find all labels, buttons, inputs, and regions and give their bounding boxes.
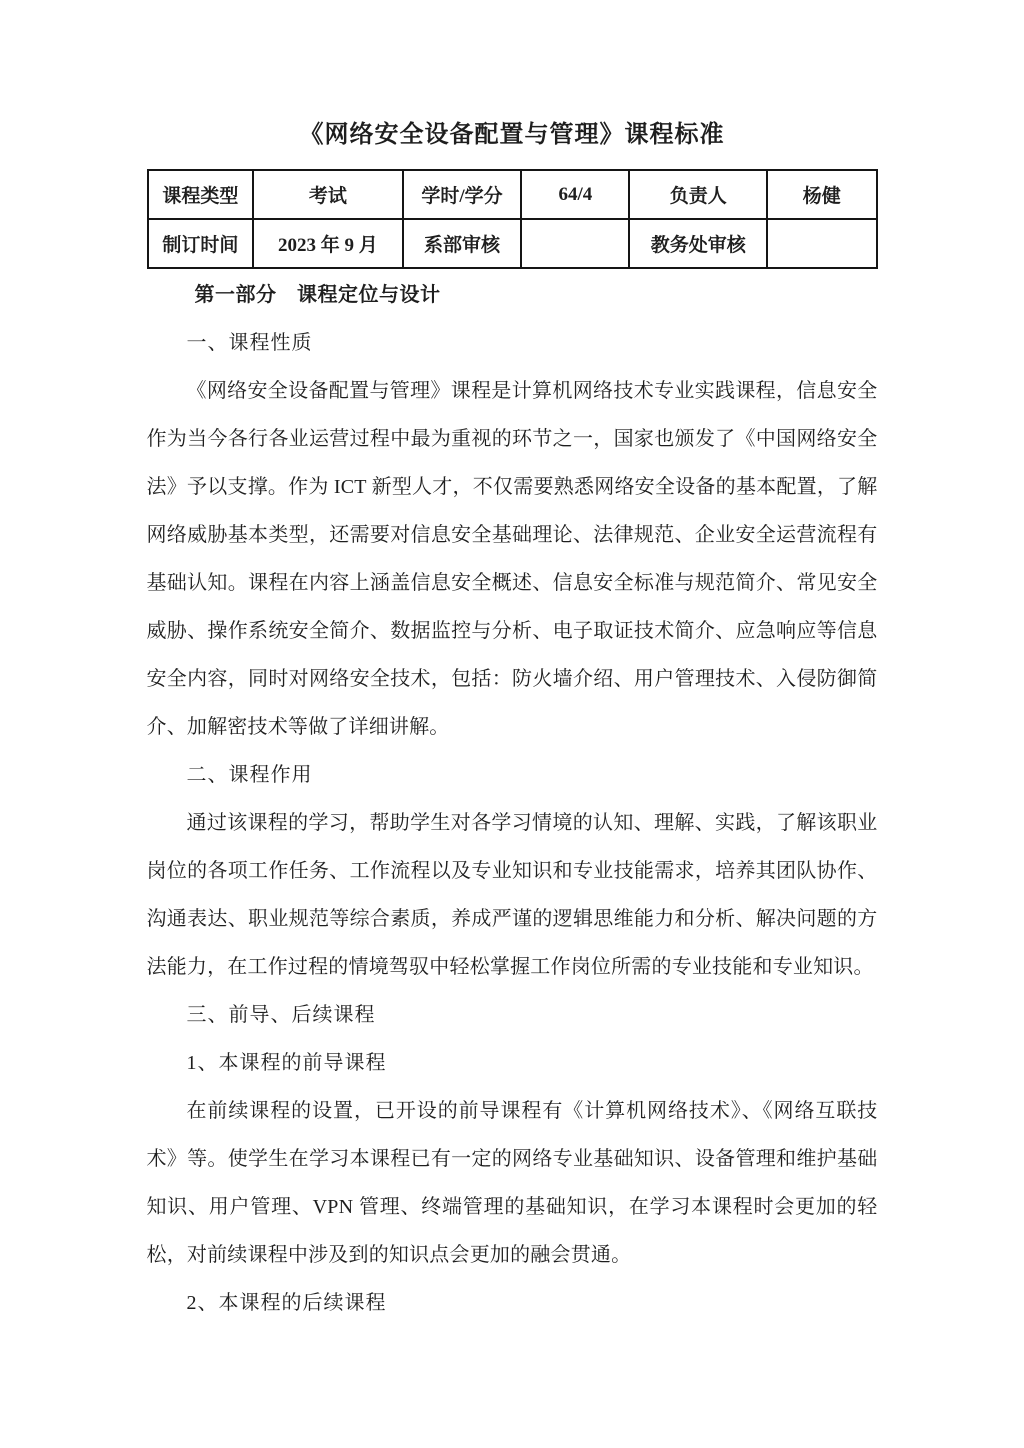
- info-table-row-1: 课程类型 考试 学时/学分 64/4 负责人 杨健: [148, 170, 877, 219]
- hours-credits-label: 学时/学分: [403, 170, 522, 219]
- document-title: 《网络安全设备配置与管理》课程标准: [147, 116, 878, 154]
- course-type-label: 课程类型: [148, 170, 254, 219]
- section3-heading: 三、前导、后续课程: [147, 991, 878, 1039]
- section3-sub1-paragraph: 在前续课程的设置，已开设的前导课程有《计算机网络技术》、《网络互联技术》等。使学…: [147, 1087, 878, 1279]
- leader-label: 负责人: [629, 170, 767, 219]
- section1-heading: 一、课程性质: [147, 319, 878, 367]
- section1-paragraph: 《网络安全设备配置与管理》课程是计算机网络技术专业实践课程，信息安全作为当今各行…: [147, 367, 878, 751]
- hours-credits-value: 64/4: [521, 170, 629, 219]
- document-content: 《网络安全设备配置与管理》课程标准 课程类型 考试 学时/学分 64/4 负责人…: [147, 0, 878, 1327]
- date-value: 2023 年 9 月: [253, 219, 402, 268]
- document-page: 《网络安全设备配置与管理》课程标准 课程类型 考试 学时/学分 64/4 负责人…: [0, 0, 1024, 1448]
- part1-heading: 第一部分 课程定位与设计: [147, 271, 878, 319]
- dept-review-value: [521, 219, 629, 268]
- document-body: 第一部分 课程定位与设计 一、课程性质 《网络安全设备配置与管理》课程是计算机网…: [147, 271, 878, 1327]
- academic-review-value: [767, 219, 876, 268]
- dept-review-label: 系部审核: [403, 219, 522, 268]
- section3-sub1-heading: 1、本课程的前导课程: [147, 1039, 878, 1087]
- info-table-row-2: 制订时间 2023 年 9 月 系部审核 教务处审核: [148, 219, 877, 268]
- leader-value: 杨健: [767, 170, 876, 219]
- section3-sub2-heading: 2、本课程的后续课程: [147, 1279, 878, 1327]
- date-label: 制订时间: [148, 219, 254, 268]
- section2-paragraph: 通过该课程的学习，帮助学生对各学习情境的认知、理解、实践，了解该职业岗位的各项工…: [147, 799, 878, 991]
- course-info-table: 课程类型 考试 学时/学分 64/4 负责人 杨健 制订时间 2023 年 9 …: [147, 169, 878, 269]
- course-type-value: 考试: [253, 170, 402, 219]
- section2-heading: 二、课程作用: [147, 751, 878, 799]
- academic-review-label: 教务处审核: [629, 219, 767, 268]
